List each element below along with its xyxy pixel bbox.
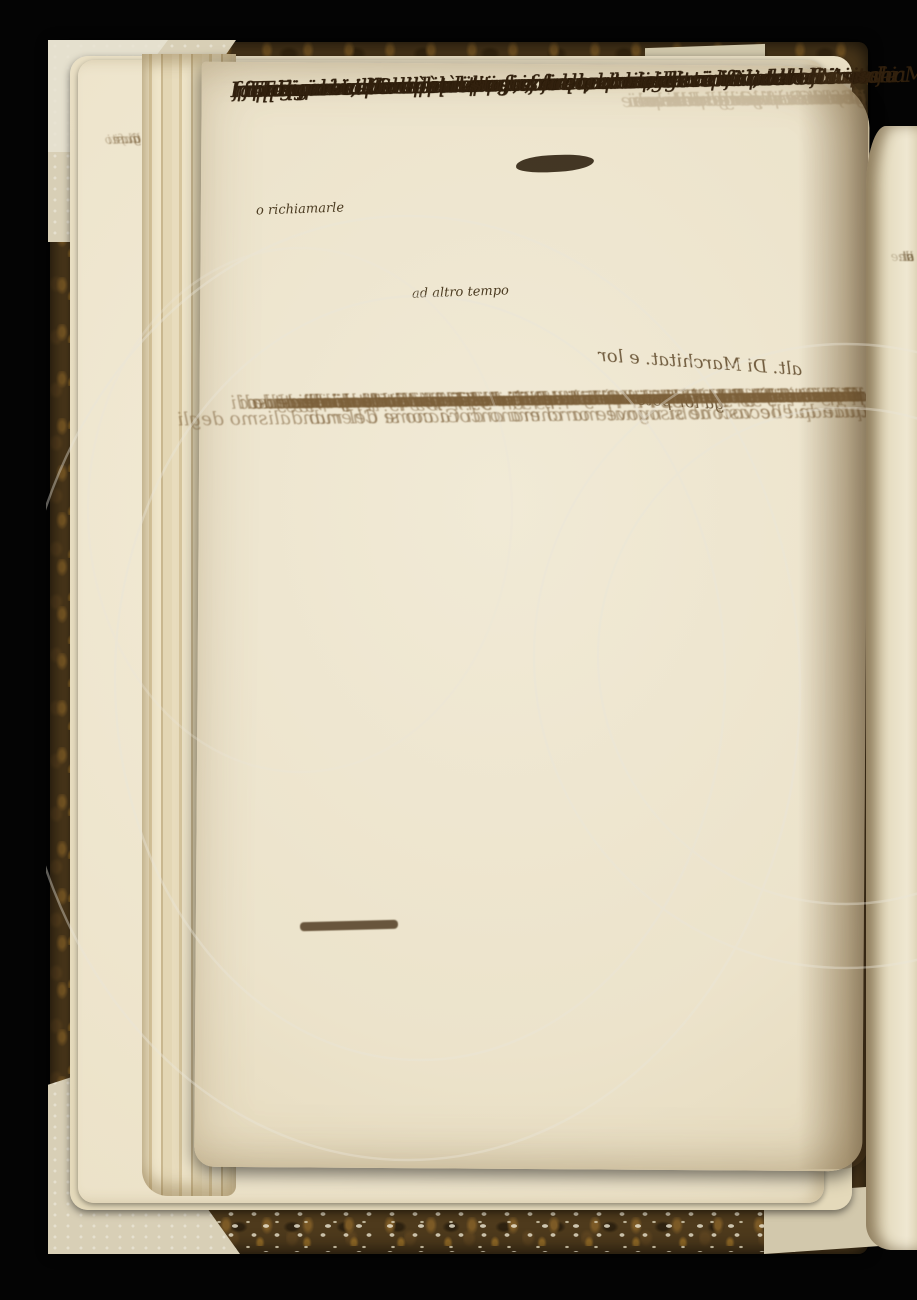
worn-leather-speckle [200,1208,804,1252]
bleed-mark: gl. [123,111,142,170]
photo-background: d.Castigarila fe.manogl. gin e Castigari… [0,0,917,1300]
ink-line: ni [254,81,275,111]
gutter-shadow [798,64,868,1169]
manuscript-page [194,62,870,1172]
interlinear-note: o richiamarle [256,200,345,218]
bleed-mark: st. [898,210,914,306]
